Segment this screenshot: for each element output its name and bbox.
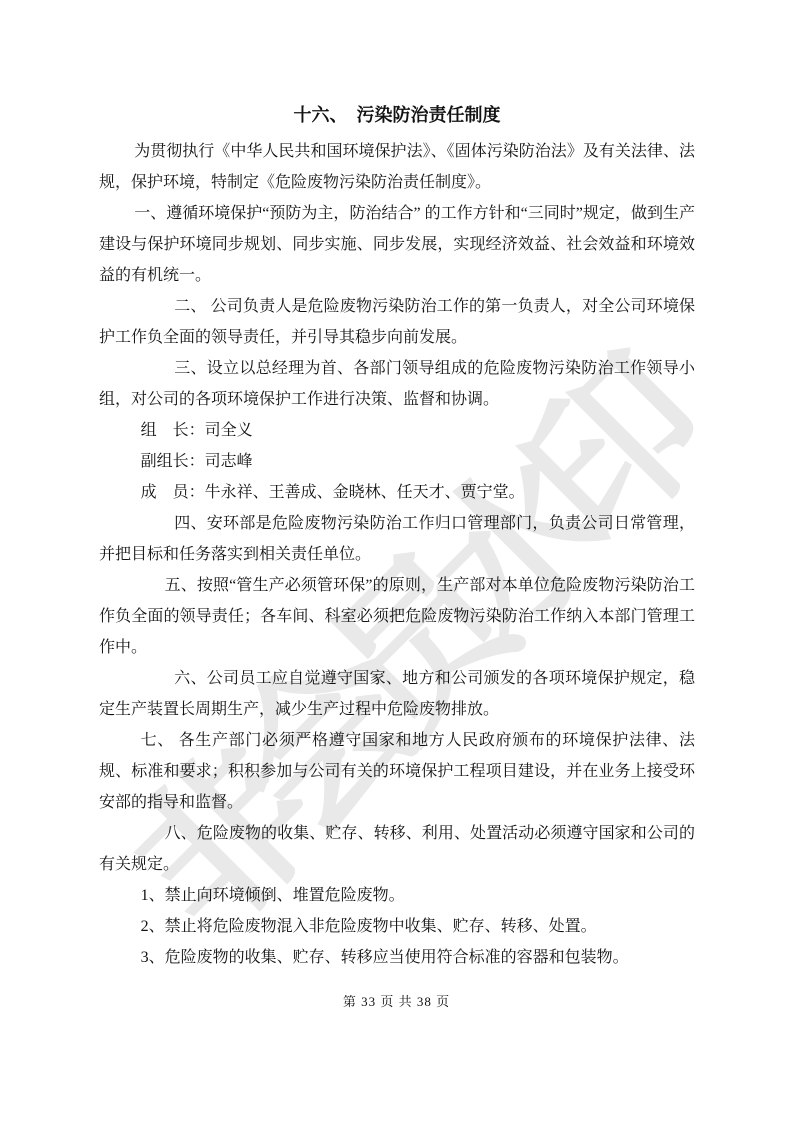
page-number-footer: 第 33 页 共 38 页: [0, 992, 793, 1012]
paragraph-item-5: 五、按照“管生产必须管环保”的原则，生产部对本单位危险废物污染防治工作负全面的领…: [99, 570, 695, 663]
document-body: 为贯彻执行《中华人民共和国环境保护法》、《固体污染防治法》及有关法律、法规，保护…: [99, 136, 695, 973]
paragraph-item-2: 二、 公司负责人是危险废物污染防治工作的第一负责人，对全公司环境保护工作负全面的…: [99, 291, 695, 353]
paragraph-group-leader: 组 长：司全义: [99, 415, 695, 446]
paragraph-sub-3: 3、危险废物的收集、贮存、转移应当使用符合标准的容器和包装物。: [99, 942, 695, 973]
document-page: 非会员水印 十六、 污染防治责任制度 为贯彻执行《中华人民共和国环境保护法》、《…: [0, 0, 793, 1122]
paragraph-item-8: 八、危险废物的收集、贮存、转移、利用、处置活动必须遵守国家和公司的有关规定。: [99, 818, 695, 880]
paragraph-intro: 为贯彻执行《中华人民共和国环境保护法》、《固体污染防治法》及有关法律、法规，保护…: [99, 136, 695, 198]
paragraph-deputy-leader: 副组长：司志峰: [99, 446, 695, 477]
paragraph-sub-1: 1、禁止向环境倾倒、堆置危险废物。: [99, 880, 695, 911]
document-title: 十六、 污染防治责任制度: [99, 102, 695, 129]
paragraph-sub-2: 2、禁止将危险废物混入非危险废物中收集、贮存、转移、处置。: [99, 911, 695, 942]
paragraph-item-1: 一、遵循环境保护“预防为主，防治结合” 的工作方针和“三同时”规定，做到生产建设…: [99, 198, 695, 291]
paragraph-item-4: 四、安环部是危险废物污染防治工作归口管理部门，负责公司日常管理，并把目标和任务落…: [99, 508, 695, 570]
paragraph-item-6: 六、公司员工应自觉遵守国家、地方和公司颁发的各项环境保护规定，稳定生产装置长周期…: [99, 663, 695, 725]
paragraph-item-7: 七、 各生产部门必须严格遵守国家和地方人民政府颁布的环境保护法律、法规、标准和要…: [99, 725, 695, 818]
paragraph-members: 成 员：牛永祥、王善成、金晓林、任天才、贾宁堂。: [99, 477, 695, 508]
paragraph-item-3: 三、设立以总经理为首、各部门领导组成的危险废物污染防治工作领导小组，对公司的各项…: [99, 353, 695, 415]
